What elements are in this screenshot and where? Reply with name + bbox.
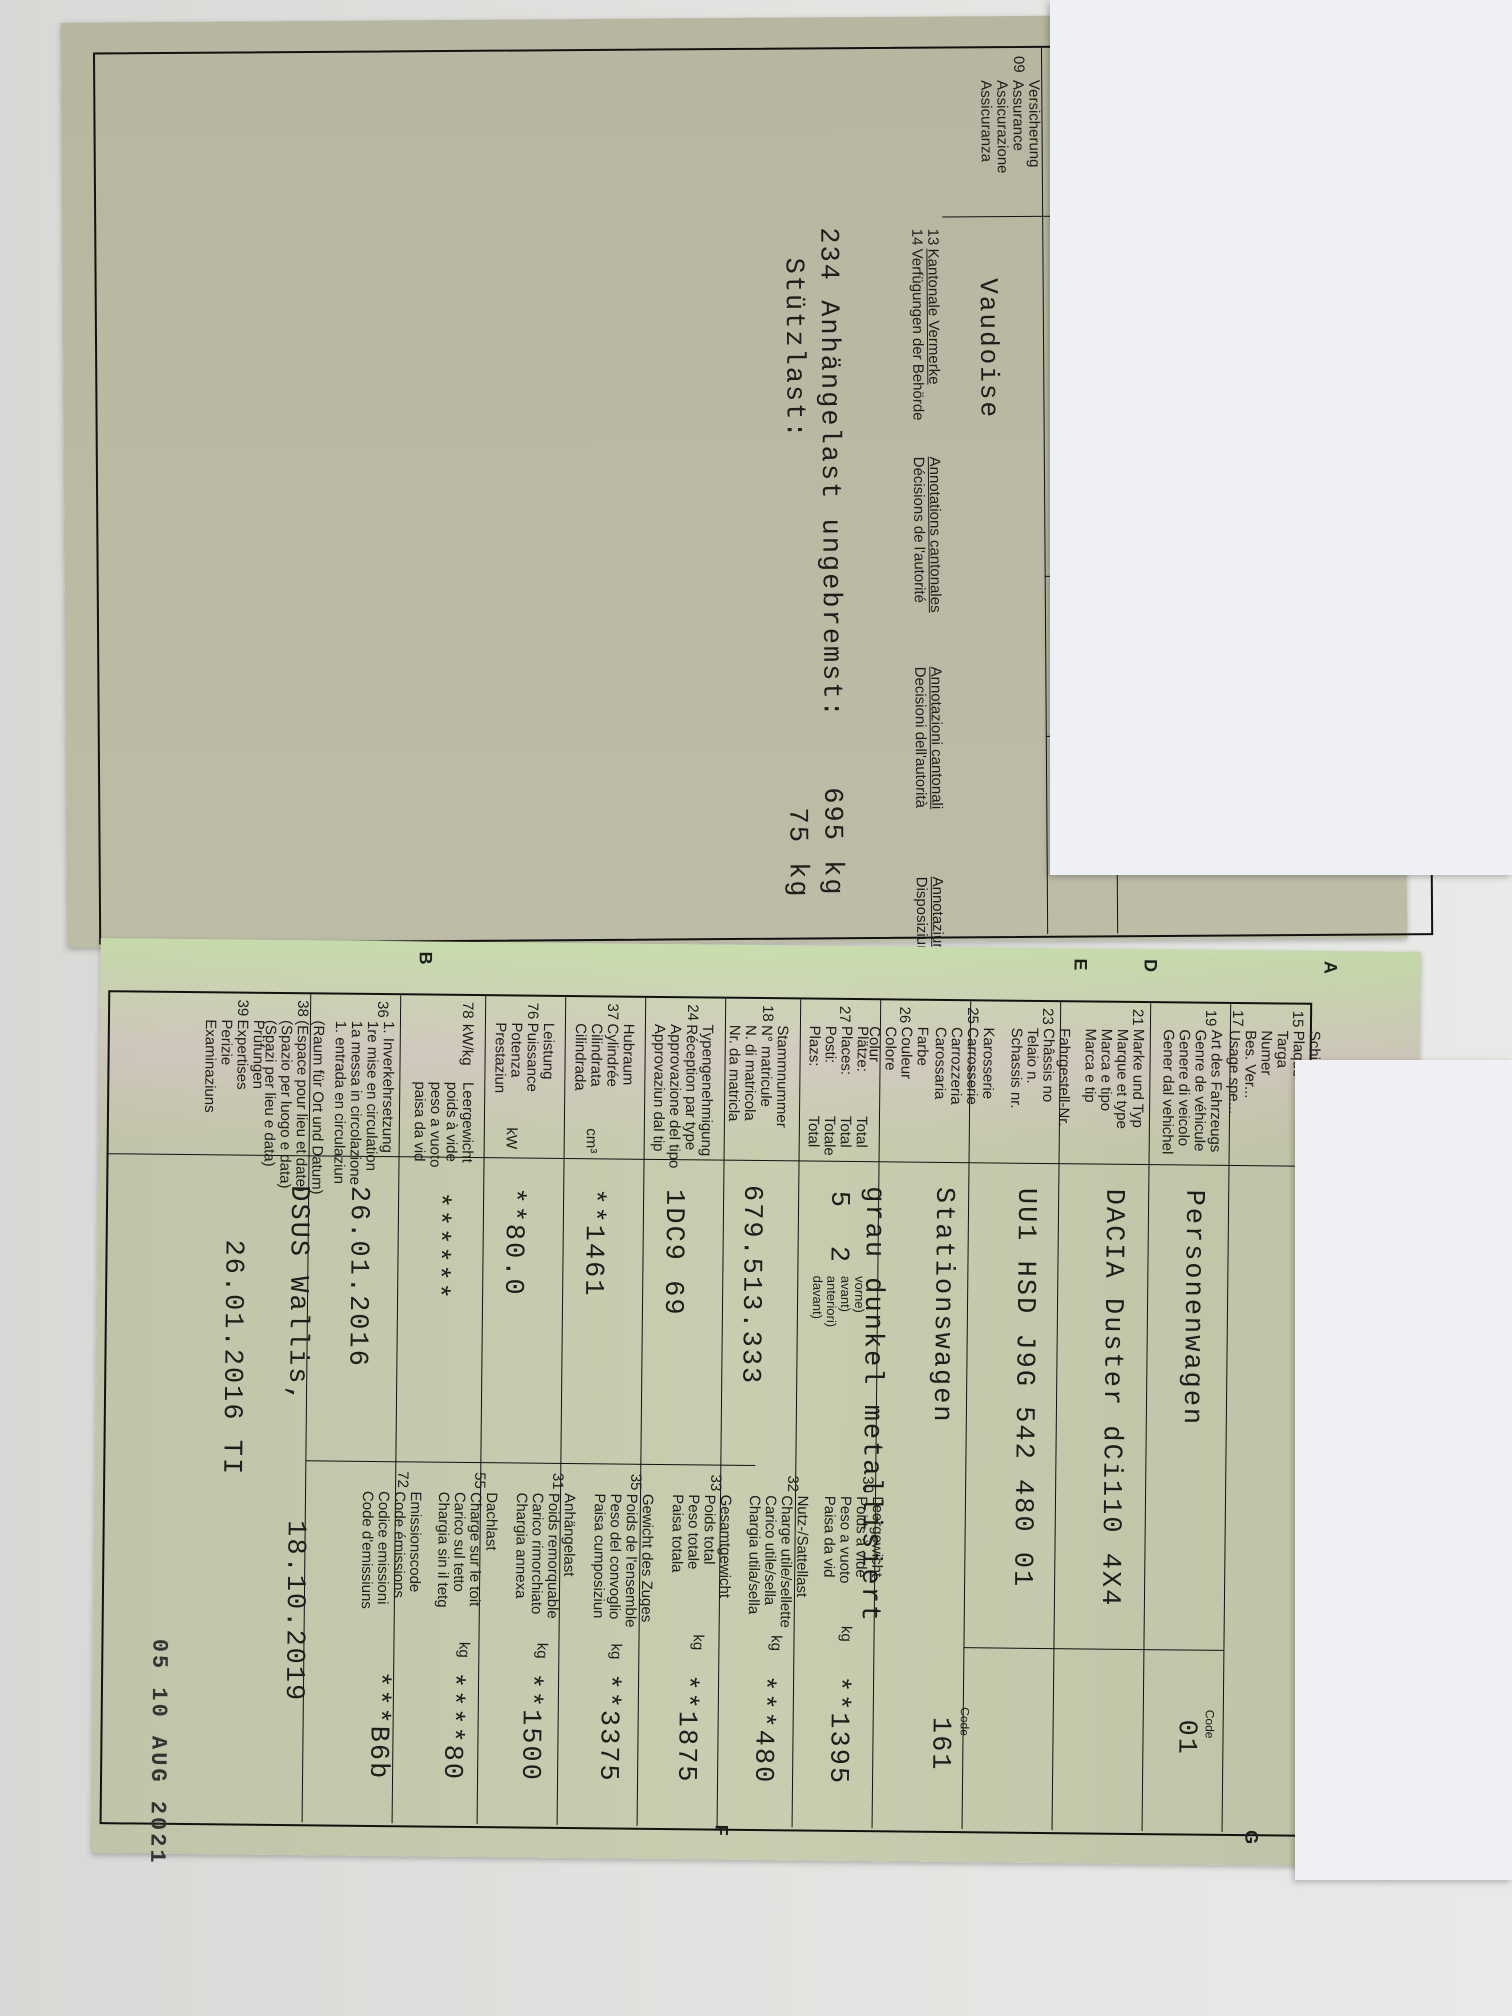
seats-total-de: Total bbox=[853, 1116, 869, 1148]
special-use-label-de: Bes. Ver... bbox=[1241, 1030, 1258, 1099]
power-num: 76 bbox=[524, 1003, 540, 1020]
make-model-label-rm: Marca e tip bbox=[1081, 1028, 1098, 1102]
support-load-label: Stützlast: bbox=[777, 257, 808, 439]
displacement-num: 37 bbox=[604, 1003, 620, 1020]
insurance-label-fr: Assurance bbox=[1009, 80, 1025, 151]
annotation-fr-subtitle: Décisions de l'autorité bbox=[910, 457, 927, 603]
make-model-label-fr: Marque et type bbox=[1113, 1029, 1130, 1129]
annotation-it-subtitle: Decisioni dell'autorità bbox=[911, 667, 928, 808]
make-model-label-de: Marke und Typ bbox=[1129, 1029, 1146, 1128]
seats-total-it: Totale bbox=[821, 1116, 837, 1156]
total-weight-label-de: Gesamtgewicht bbox=[716, 1495, 733, 1599]
seats-front-label-fr: avant) bbox=[837, 1276, 853, 1312]
power-weight-sub-rm: paisa da vid bbox=[411, 1081, 428, 1161]
section-b-marker: B bbox=[415, 951, 436, 964]
chassis-number-label-num: 23 bbox=[1039, 1008, 1055, 1025]
displacement-label-fr: Cylindrée bbox=[603, 1023, 620, 1087]
body-code: 161 bbox=[924, 1717, 955, 1772]
body-number: 25 bbox=[964, 1007, 980, 1024]
make-model-number: 21 bbox=[1129, 1009, 1145, 1026]
trailer-load-unit: kg bbox=[533, 1643, 549, 1659]
emission-code-label-fr: Code émissions bbox=[390, 1491, 407, 1598]
inspections-label-it: Perizie bbox=[218, 1019, 234, 1065]
special-use-number: 17 bbox=[1229, 1010, 1245, 1027]
registration-bottom-page: A D E B F G 15 Schild Plaque Targa Numer… bbox=[91, 938, 1421, 1867]
plate-label-it: Targa bbox=[1274, 1030, 1290, 1068]
type-approval-num: 24 bbox=[684, 1004, 700, 1021]
chassis-label-fr: Châssis no bbox=[1039, 1028, 1056, 1102]
type-approval-label-de: Typengenehmigung bbox=[698, 1024, 715, 1156]
type-approval-label-fr: Réception par type bbox=[682, 1024, 699, 1150]
roof-load-label-de: Dachlast bbox=[482, 1492, 499, 1551]
first-registration-label-fr: 1re mise en circulation bbox=[362, 1021, 380, 1171]
power-label-it: Potenza bbox=[507, 1022, 524, 1077]
empty-weight-label-de: Leergewicht bbox=[868, 1496, 885, 1577]
chassis-label-it: Telaio n. bbox=[1023, 1028, 1040, 1084]
train-weight-label-it: Peso del convoglio bbox=[606, 1493, 623, 1619]
seats-total-value: 5 bbox=[823, 1191, 853, 1210]
first-registration-label-rm: 1. entrada en circulaziun bbox=[330, 1021, 348, 1185]
roof-load-label-rm: Chargia sin il tetg bbox=[434, 1492, 451, 1608]
emission-code-label-de: Emissionscode bbox=[406, 1491, 423, 1592]
empty-weight-num: 30 bbox=[859, 1476, 875, 1493]
first-registration-num: 36 bbox=[374, 1001, 390, 1018]
issuing-office-value: DSUS Wallis, bbox=[281, 1185, 313, 1404]
seats-total-fr: Total bbox=[837, 1116, 853, 1148]
vehicle-kind-value: Personenwagen bbox=[1176, 1189, 1208, 1426]
chassis-value: UU1 HSD J9G 542 480 01 bbox=[1006, 1188, 1040, 1589]
section-f-marker: F bbox=[710, 1825, 731, 1836]
canton-notes-number: 13 bbox=[924, 229, 940, 246]
type-approval-label-rm: Approvaziun dal tip bbox=[650, 1024, 667, 1152]
train-weight-num: 35 bbox=[627, 1474, 643, 1491]
seats-label-de: Plätze: bbox=[853, 1026, 869, 1072]
color-label-fr: Couleur bbox=[897, 1026, 914, 1079]
train-weight-label-fr: Poids de l'ensemble bbox=[622, 1494, 639, 1628]
vehicle-kind-label-rm: Gener dal vehichel bbox=[1159, 1029, 1176, 1154]
emission-code-label-rm: Code d'emissiuns bbox=[358, 1491, 375, 1609]
power-weight-sub-de: Leergewicht bbox=[458, 1082, 475, 1163]
roof-load-num: 55 bbox=[471, 1472, 487, 1489]
vehicle-kind-code: 01 bbox=[1170, 1719, 1200, 1756]
displacement-label-it: Cilindrata bbox=[587, 1023, 604, 1087]
unbraked-trailer-load-value: 695 kg bbox=[816, 787, 847, 896]
seats-label-fr: Places: bbox=[837, 1026, 854, 1075]
body-value: Stationswagen bbox=[926, 1187, 958, 1424]
place-date-num: 38 bbox=[294, 1000, 310, 1017]
annotation-fr-title: Annotations cantonales bbox=[926, 457, 943, 613]
trailer-load-value: **1500 bbox=[514, 1672, 545, 1782]
body-label-fr: Carrosserie bbox=[963, 1027, 980, 1105]
power-label-de: Leistung bbox=[539, 1023, 556, 1080]
inspections-label-fr: Expertises bbox=[233, 1020, 250, 1090]
vehicle-kind-label-it: Genere di veicolo bbox=[1175, 1029, 1192, 1146]
displacement-unit: cm³ bbox=[583, 1128, 599, 1153]
seats-label-rm: Plazs: bbox=[806, 1026, 822, 1067]
total-weight-value: **1875 bbox=[670, 1674, 701, 1784]
empty-weight-unit: kg bbox=[837, 1626, 853, 1642]
total-weight-label-it: Peso totale bbox=[684, 1494, 701, 1569]
vehicle-kind-label-fr: Genre de véhicule bbox=[1191, 1030, 1208, 1152]
seats-front-label-rm: davant) bbox=[809, 1276, 825, 1320]
matriculation-label-rm: Nr. da matricla bbox=[725, 1025, 742, 1122]
empty-weight-label-fr: Poids à vide bbox=[852, 1496, 869, 1578]
seats-front-label-de: vorne) bbox=[851, 1276, 867, 1313]
payload-label-fr: Charge utile/sellette bbox=[777, 1495, 794, 1628]
color-label-it: Colore bbox=[881, 1026, 897, 1070]
plate-number: 15 bbox=[1289, 1011, 1305, 1028]
trailer-load-num: 31 bbox=[549, 1473, 565, 1490]
inspections-num: 39 bbox=[234, 1000, 250, 1017]
matriculation-label-de: Stammnummer bbox=[773, 1025, 790, 1128]
unbraked-trailer-load-label: 234 Anhängelast ungebremst: bbox=[812, 227, 845, 719]
type-approval-label-it: Approvazione del tipo bbox=[665, 1024, 683, 1168]
first-registration-value: 26.01.2016 bbox=[341, 1186, 373, 1368]
color-number: 26 bbox=[896, 1006, 912, 1023]
matriculation-number-num: 18 bbox=[759, 1005, 775, 1022]
roof-load-value: ****80 bbox=[436, 1672, 467, 1782]
place-date-label-fr: (Espace pour lieu et date) bbox=[292, 1020, 310, 1192]
payload-label-de: Nutz-/Sattellast bbox=[793, 1495, 810, 1597]
inspection-stamp: 05 10 AUG 2021 bbox=[144, 1639, 171, 1866]
power-weight-label: kW/kg bbox=[459, 1024, 475, 1066]
power-weight-sub-it: peso a vuoto bbox=[426, 1082, 443, 1168]
support-load-value: 75 kg bbox=[781, 807, 812, 898]
section-a-marker: A bbox=[1320, 961, 1341, 974]
authority-decisions-number: 14 bbox=[908, 229, 924, 246]
body-label-rm: Carossaria bbox=[931, 1027, 948, 1100]
insurance-label-de: Versicherung bbox=[1025, 80, 1042, 168]
vehicle-kind-code-label: Code bbox=[1202, 1710, 1218, 1739]
power-weight-sub-fr: poids à vide bbox=[443, 1082, 460, 1162]
inspections-label-rm: Examinaziuns bbox=[201, 1019, 218, 1113]
empty-weight-value: **1395 bbox=[822, 1676, 853, 1786]
empty-weight-label-rm: Paisa da vid bbox=[820, 1496, 837, 1578]
color-label-de: Farbe bbox=[914, 1027, 930, 1066]
authority-decisions-label: Verfügungen der Behörde bbox=[908, 249, 925, 421]
train-weight-label-de: Gewicht des Zuges bbox=[638, 1494, 655, 1623]
vehicle-kind-number: 19 bbox=[1202, 1010, 1218, 1027]
power-unit: kW bbox=[503, 1127, 519, 1149]
emission-code-value: ***B6b bbox=[362, 1671, 393, 1781]
section-e-marker: E bbox=[1070, 958, 1091, 970]
chassis-label-rm: Schassis nr. bbox=[1007, 1028, 1024, 1109]
payload-label-rm: Chargia utila/sella bbox=[745, 1495, 762, 1614]
power-label-rm: Prestaziun bbox=[491, 1022, 508, 1093]
place-date-label-it: (Spazio per luogo e data) bbox=[276, 1020, 294, 1189]
inspections-value: 26.01.2016 TI bbox=[215, 1239, 247, 1476]
payload-value: ***480 bbox=[747, 1675, 778, 1785]
canton-notes-label: Kantonale Vermerke bbox=[924, 249, 941, 385]
displacement-label-de: Hubraum bbox=[619, 1024, 636, 1086]
seats-front-value: 2 bbox=[822, 1246, 852, 1265]
annotation-it-title: Annotazioni cantonali bbox=[927, 667, 944, 810]
seats-total-rm: Total bbox=[805, 1115, 821, 1147]
power-label-fr: Puissance bbox=[523, 1023, 540, 1092]
trailer-load-label-de: Anhängelast bbox=[560, 1493, 577, 1577]
cover-sheet-top bbox=[1050, 0, 1512, 875]
vehicle-kind-label-de: Art des Fahrzeugs bbox=[1207, 1030, 1224, 1153]
insurance-value: Vaudoise bbox=[973, 278, 1004, 419]
body-label-de: Karosserie bbox=[979, 1027, 996, 1099]
train-weight-label-rm: Paisa cumposiziun bbox=[590, 1493, 607, 1618]
make-model-value: DACIA Duster dCi110 4X4 bbox=[1094, 1189, 1128, 1608]
seats-front-label-it: anteriori) bbox=[823, 1276, 840, 1327]
empty-weight-label-it: Peso a vuoto bbox=[836, 1496, 853, 1584]
body-label-it: Carrozzeria bbox=[947, 1027, 964, 1105]
first-registration-label-de: 1. Inverkehrsetzung bbox=[379, 1021, 396, 1153]
first-registration-label-it: 1a messa in circolazione bbox=[346, 1021, 364, 1185]
payload-label-it: Carico utile/sella bbox=[761, 1495, 778, 1605]
train-weight-unit: kg bbox=[607, 1643, 623, 1659]
insurance-label-rm: Assicuranza bbox=[977, 80, 994, 162]
roof-load-label-it: Carico sul tetto bbox=[450, 1492, 467, 1592]
total-weight-unit: kg bbox=[689, 1634, 705, 1650]
trailer-load-label-it: Carico rimorchiato bbox=[528, 1493, 545, 1615]
total-weight-label-rm: Paisa totala bbox=[668, 1494, 685, 1573]
make-model-label-it: Marca e tipo bbox=[1097, 1029, 1114, 1112]
trailer-load-label-rm: Chargia annexa bbox=[512, 1492, 529, 1598]
cover-sheet-bottom bbox=[1295, 1060, 1512, 1880]
section-g-marker: G bbox=[1240, 1830, 1261, 1844]
emission-code-label-it: Codice emissioni bbox=[374, 1491, 391, 1605]
displacement-value: **1461 bbox=[577, 1188, 608, 1298]
matriculation-value: 679.513.333 bbox=[734, 1185, 766, 1386]
seats-label-it: Posti: bbox=[822, 1026, 838, 1064]
seats-number: 27 bbox=[836, 1006, 852, 1023]
special-use-label-fr: Usage spe... bbox=[1225, 1030, 1242, 1114]
insurance-label-it: Assicurazione bbox=[993, 80, 1010, 174]
total-weight-label-fr: Poids total bbox=[700, 1494, 717, 1564]
matriculation-label-it: N. di matricola bbox=[741, 1025, 758, 1121]
roof-load-label-fr: Charge sur le toit bbox=[466, 1492, 483, 1606]
displacement-label-rm: Cilindrada bbox=[571, 1023, 588, 1091]
place-date-label-de: (Raum für Ort und Datum) bbox=[308, 1020, 326, 1194]
power-value: **80.0 bbox=[497, 1187, 528, 1297]
issue-date-value: 18.10.2019 bbox=[278, 1520, 310, 1702]
train-weight-value: **3375 bbox=[592, 1673, 623, 1783]
trailer-load-label-fr: Poids remorquable bbox=[544, 1493, 561, 1619]
chassis-label-de: Fahrgestell-Nr. bbox=[1055, 1028, 1072, 1127]
roof-load-unit: kg bbox=[455, 1642, 471, 1658]
power-weight-value: ****** bbox=[422, 1192, 453, 1302]
emission-code-num: 72 bbox=[394, 1471, 410, 1488]
body-code-label: Code bbox=[957, 1707, 973, 1736]
total-weight-num: 33 bbox=[707, 1474, 723, 1491]
matriculation-label-fr: N° matricule bbox=[757, 1025, 774, 1107]
type-approval-value: 1DC9 69 bbox=[657, 1189, 688, 1317]
payload-unit: kg bbox=[767, 1635, 783, 1651]
inspections-label-de: Prüfungen bbox=[249, 1020, 266, 1089]
plate-label-rm: Numer bbox=[1257, 1030, 1273, 1075]
payload-num: 32 bbox=[784, 1475, 800, 1492]
insurance-field-number: 09 bbox=[1010, 56, 1026, 73]
section-d-marker: D bbox=[1140, 959, 1161, 972]
power-weight-num: 78 bbox=[459, 1002, 475, 1019]
